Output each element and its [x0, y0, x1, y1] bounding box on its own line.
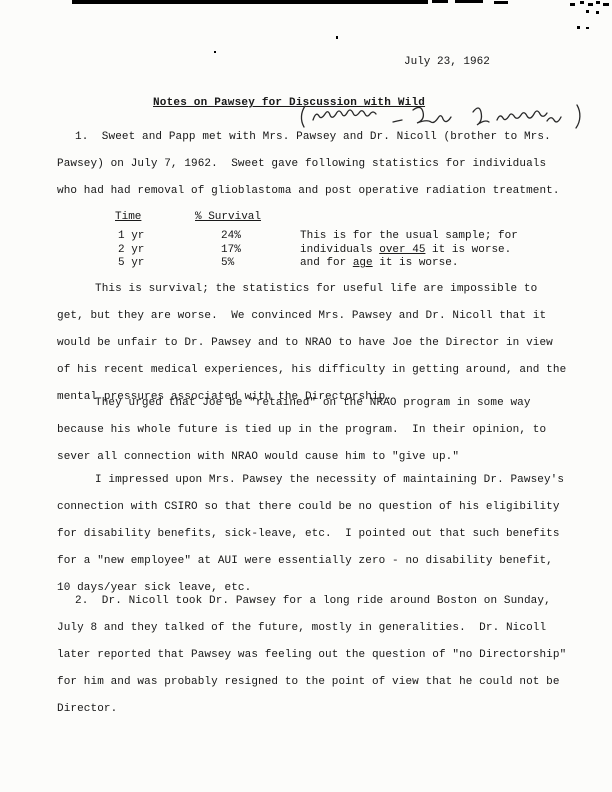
cell-note: individuals over 45 it is worse.: [300, 244, 569, 258]
scan-artifact-dash: [494, 1, 508, 4]
cell-survival: 17%: [195, 244, 300, 258]
paragraph-3: They urged that Joe be "retained" on the…: [57, 390, 569, 471]
cell-time: 2 yr: [115, 244, 195, 258]
table-row: 1 yr 24% This is for the usual sample; f…: [57, 230, 569, 244]
scan-artifact-speck: [603, 3, 609, 6]
table-header-time: Time: [115, 210, 195, 230]
cell-time: 1 yr: [115, 230, 195, 244]
cell-survival: 5%: [195, 257, 300, 271]
cell-time: 5 yr: [115, 257, 195, 271]
scan-artifact-speck: [570, 3, 575, 6]
cell-note: and for age it is worse.: [300, 257, 569, 271]
scan-artifact-speck: [586, 10, 589, 13]
paragraph-4: I impressed upon Mrs. Pawsey the necessi…: [57, 467, 569, 602]
survival-table: Time % Survival 1 yr 24% This is for the…: [57, 210, 569, 271]
scan-artifact-speck: [588, 3, 593, 6]
table-row: 5 yr 5% and for age it is worse.: [57, 257, 569, 271]
table-row: 2 yr 17% individuals over 45 it is worse…: [57, 244, 569, 258]
scan-artifact-speck: [577, 26, 580, 29]
paragraph-1: 1. Sweet and Papp met with Mrs. Pawsey a…: [57, 124, 569, 205]
scan-artifact-speck: [596, 1, 600, 4]
memo-date: July 23, 1962: [404, 55, 490, 69]
scan-artifact-speck: [596, 11, 599, 14]
scan-artifact-speck: [214, 51, 216, 53]
scan-artifact-top-bar: [72, 0, 428, 4]
scan-artifact-speck: [580, 1, 584, 4]
scanned-memo-page: July 23, 1962 Notes on Pawsey for Discus…: [0, 0, 612, 792]
survival-table-header: Time % Survival: [57, 210, 569, 230]
scan-artifact-dash: [455, 0, 483, 3]
cell-note: This is for the usual sample; for: [300, 230, 569, 244]
scan-artifact-dash: [432, 0, 448, 3]
scan-artifact-speck: [586, 27, 589, 29]
table-header-survival: % Survival: [195, 210, 300, 230]
paragraph-5: 2. Dr. Nicoll took Dr. Pawsey for a long…: [57, 588, 569, 723]
scan-artifact-speck: [336, 36, 338, 39]
cell-survival: 24%: [195, 230, 300, 244]
